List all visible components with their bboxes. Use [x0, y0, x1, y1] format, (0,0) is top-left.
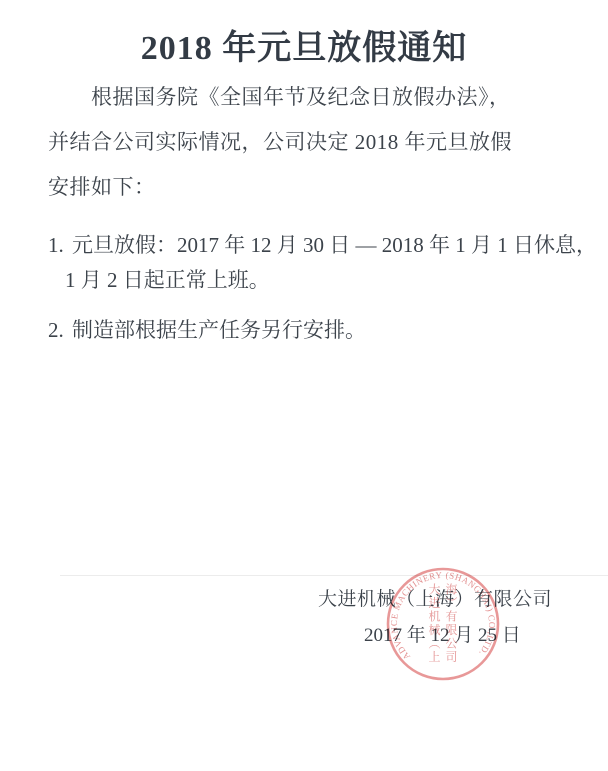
- intro-line-3: 安排如下：: [48, 165, 568, 210]
- signature-date: 2017 年 12 月 25 日: [364, 622, 521, 649]
- list-item-1: 1.元旦放假：2017 年 12 月 30 日 — 2018 年 1 月 1 日…: [48, 228, 588, 298]
- intro-line-2: 并结合公司实际情况，公司决定 2018 年元旦放假: [48, 120, 568, 165]
- intro-line-1: 根据国务院《全国年节及纪念日放假办法》，: [48, 75, 568, 120]
- list-item-2-line-1: 2.制造部根据生产任务另行安排。: [48, 313, 588, 348]
- list-item-1-number: 1.: [48, 228, 72, 263]
- scan-artifact-line: [60, 575, 608, 576]
- document-page: 2018 年元旦放假通知 根据国务院《全国年节及纪念日放假办法》， 并结合公司实…: [0, 0, 608, 771]
- document-title: 2018 年元旦放假通知: [0, 20, 608, 69]
- list-item-1-line-2: 1 月 2 日起正常上班。: [48, 263, 588, 298]
- list-item-1-text: 元旦放假：2017 年 12 月 30 日 — 2018 年 1 月 1 日休息…: [72, 233, 597, 257]
- signature-company-name: 大进机械（上海）有限公司: [318, 586, 552, 613]
- list-item-2-text: 制造部根据生产任务另行安排。: [72, 318, 366, 342]
- intro-paragraph: 根据国务院《全国年节及纪念日放假办法》， 并结合公司实际情况，公司决定 2018…: [48, 75, 568, 210]
- list-item-2: 2.制造部根据生产任务另行安排。: [48, 313, 588, 348]
- list-item-1-line-1: 1.元旦放假：2017 年 12 月 30 日 — 2018 年 1 月 1 日…: [48, 228, 588, 263]
- list-item-2-number: 2.: [48, 313, 72, 348]
